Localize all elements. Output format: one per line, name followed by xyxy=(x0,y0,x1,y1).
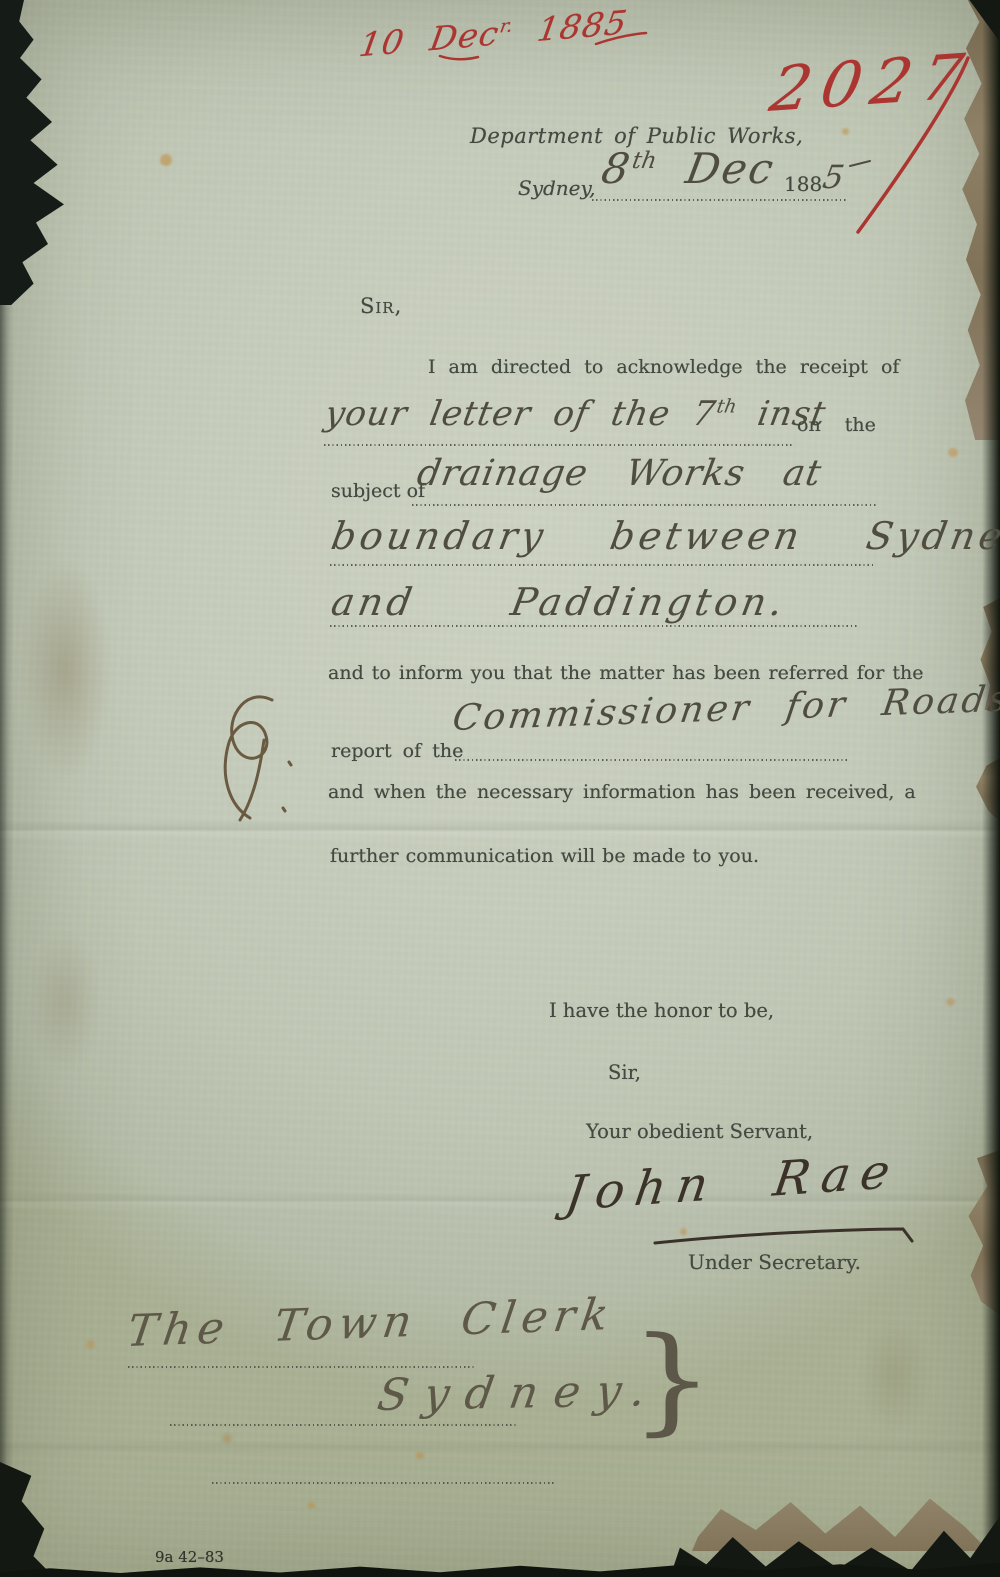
date-fill-rule xyxy=(592,199,848,201)
written-date: 8th Dec xyxy=(598,144,779,193)
subject-label: subject of xyxy=(331,480,425,502)
addressee-brace: } xyxy=(630,1312,714,1448)
fill-rule xyxy=(212,1482,554,1484)
year-printed: 188 xyxy=(784,172,822,196)
fill-rule xyxy=(412,504,876,506)
written-letter-superscript: th xyxy=(715,397,738,418)
closing-sir: Sir, xyxy=(608,1061,641,1084)
body-further-line: further communication will be made to yo… xyxy=(330,845,759,867)
fill-rule xyxy=(324,444,794,446)
written-subject-3: and Paddington. xyxy=(328,580,790,624)
received-superscript: r. xyxy=(498,15,514,37)
addressee-place: Sydney. xyxy=(374,1365,665,1421)
written-letter-text: your letter of the 7 xyxy=(322,394,719,434)
fill-rule xyxy=(330,564,875,566)
fill-rule xyxy=(170,1424,518,1426)
fill-rule xyxy=(128,1366,474,1368)
fill-rule xyxy=(455,759,850,761)
written-date-superscript: th xyxy=(630,148,659,174)
written-date-month: Dec xyxy=(682,144,779,193)
fill-rule xyxy=(330,625,858,627)
body-referred-line: and to inform you that the matter has be… xyxy=(328,662,923,684)
place-label: Sydney, xyxy=(518,176,596,200)
body-on-the: on the xyxy=(797,414,876,436)
right-edge-shadow xyxy=(982,0,1000,1577)
closing-servant: Your obedient Servant, xyxy=(586,1120,813,1143)
salutation: Sir, xyxy=(360,294,402,318)
signer-title: Under Secretary. xyxy=(688,1250,861,1274)
report-label: report of the xyxy=(331,740,463,762)
registration-number: 2027 xyxy=(765,39,979,126)
body-acknowledge-line: I am directed to acknowledge the receipt… xyxy=(428,356,899,378)
received-year: 1885 xyxy=(535,3,631,50)
written-subject-2: boundary between Sydney xyxy=(328,514,1000,558)
form-number: 9a 42–83 xyxy=(155,1548,224,1566)
letter-page: 10 Decr. 1885 2027 Department of Public … xyxy=(0,0,1000,1577)
written-letter-line: your letter of the 7th inst xyxy=(322,394,829,434)
body-received-line: and when the necessary information has b… xyxy=(328,781,916,803)
closing-honor: I have the honor to be, xyxy=(549,999,774,1022)
written-subject-1: drainage Works at xyxy=(414,453,825,494)
